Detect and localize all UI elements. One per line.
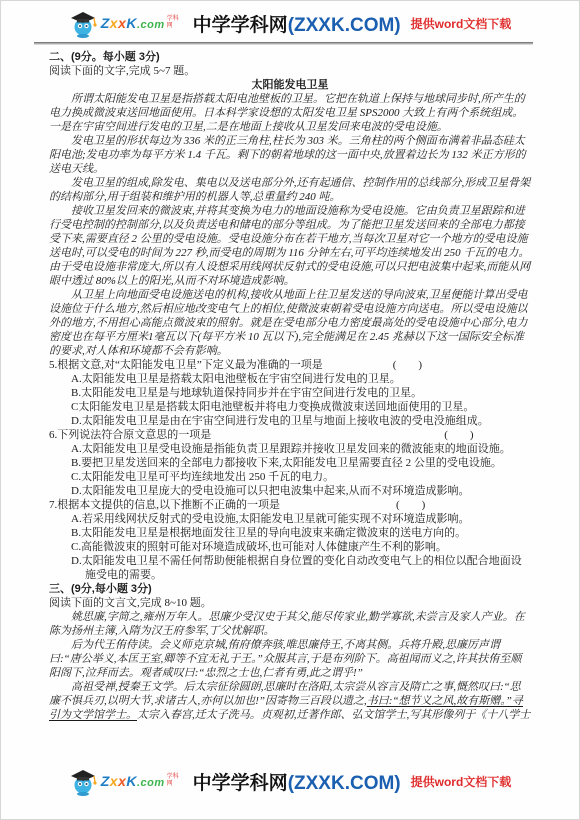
- brand-tagline: 学科网: [167, 774, 183, 787]
- brand-logo-text: ZxxK.com: [101, 773, 165, 789]
- question-5-option-d: D.太阳能发电卫星是由在宇宙空间进行发电的卫星与地面上接收电波的受电没施组成。: [49, 414, 531, 428]
- question-6-stem: 6.下列说法符合原文意思的一项是( ): [49, 428, 531, 442]
- brand-tagline: 学科网: [167, 16, 183, 29]
- classical-paragraph-with-underline: 高祖受禅,授秦王文学。后太宗征徐圆朗,思廉时在洛阳,太宗尝从容言及隋亡之事,慨然…: [49, 680, 531, 722]
- site-url: (ZXXK.COM): [288, 15, 401, 36]
- stem-spacer: [323, 367, 393, 368]
- passage-paragraph: 接收卫星发回来的微波束,并将其变换为电力的地面设施称为受电设施。它由负责卫星跟踪…: [49, 204, 531, 288]
- footer-brand-bar: ZxxK.com 学科网 中学学科网(ZXXK.COM) 提供word文档下载: [1, 759, 579, 796]
- brand-letter: K: [126, 15, 137, 31]
- site-url: (ZXXK.COM): [288, 773, 401, 794]
- answer-bracket: ( ): [393, 359, 422, 371]
- header-brand-bar: ZxxK.com 学科网 中学学科网(ZXXK.COM) 提供word文档下载: [1, 1, 579, 38]
- passage-title: 太阳能发电卫星: [49, 78, 531, 92]
- section-3-heading: 三、(9分,每小题 3分): [49, 582, 531, 596]
- question-7-option-c: C.高能微波束的照射可能对环境造成破坏,也可能对人体健康产生不利的影响。: [49, 540, 531, 554]
- question-6-option-b: B.要把卫星发送回来的全部电力都接收下来,太阳能发电卫星需要直径 2 公里的受电…: [49, 456, 531, 470]
- brand-letter: Z: [101, 773, 110, 789]
- passage-paragraph: 发电卫星的组成,除发电、集电以及送电部分外,还有起通信、控制作用的总线部分,形成…: [49, 176, 531, 204]
- site-title: 中学学科网(ZXXK.COM): [193, 768, 401, 795]
- question-5-stem: 5.根据文意,对“太阳能发电卫星”下定义最为准确的一项是( ): [49, 358, 531, 372]
- document-content: 二、(9分。每小题 3分) 阅读下面的文字,完成 5~7 题。 太阳能发电卫星 …: [1, 45, 579, 722]
- question-5-option-a: A.太阳能发电卫星是搭载太阳电池壁板在宇宙空间进行发电的卫星。: [49, 372, 531, 386]
- passage-paragraph: 发电卫星的形状每边为 336 米的正三角柱,柱长为 303 米。三角柱的两个侧面…: [49, 134, 531, 176]
- question-7: 7.根据本文提供的信息,以下推断不正确的一项是( ) A.若采用线网状反射式的受…: [49, 498, 531, 582]
- brand-letter: Z: [101, 15, 110, 31]
- brand-logo: ZxxK.com 学科网: [69, 766, 183, 796]
- question-6-option-c: C.太阳能发电卫星可平均连续地发出 250 千瓦的电力。: [49, 470, 531, 484]
- passage-paragraph: 从卫星上向地面受电设施送电的机构,接收从地面上往卫星发送的导向波束,卫星便能计算…: [49, 288, 531, 358]
- question-7-option-d: D.太阳能发电卫星不需任何帮助便能根据自身位置的变化自动改变电气上的相位以配合地…: [49, 554, 531, 582]
- question-7-stem: 7.根据本文提供的信息,以下推断不正确的一项是( ): [49, 498, 531, 512]
- section-2-heading: 二、(9分。每小题 3分): [49, 50, 531, 64]
- site-name: 中学学科网: [193, 773, 288, 794]
- site-name: 中学学科网: [193, 15, 288, 36]
- footer: ZxxK.com 学科网 中学学科网(ZXXK.COM) 提供word文档下载: [1, 759, 579, 796]
- brand-letter: .com: [137, 777, 165, 789]
- graduate-mascot-icon: [69, 766, 99, 796]
- classical-paragraph: 姚思廉,字简之,雍州万年人。思廉少受汉史于其父,能尽传家业,勤学寡欲,未尝言及家…: [49, 610, 531, 638]
- question-stem-text: 7.根据本文提供的信息,以下推断不正确的一项是: [49, 499, 280, 511]
- header-download-link[interactable]: 提供word文档下载: [411, 15, 512, 32]
- exam-paper-page: ZxxK.com 学科网 中学学科网(ZXXK.COM) 提供word文档下载 …: [0, 0, 580, 820]
- graduate-mascot-icon: [69, 8, 99, 38]
- question-stem-text: 6.下列说法符合原文意思的一项是: [49, 429, 211, 441]
- question-5: 5.根据文意,对“太阳能发电卫星”下定义最为准确的一项是( ) A.太阳能发电卫…: [49, 358, 531, 428]
- answer-bracket: ( ): [444, 429, 473, 441]
- question-6-option-a: A.太阳能发电卫星受电设施是指能负责卫星跟踪并接收卫星发回来的微波能束的地面设施…: [49, 442, 531, 456]
- classical-text-after: 太宗入春宫,迁太子洗马。贞观初,迁著作郎、弘文馆学士,写其形像列于《十八学士: [137, 709, 530, 721]
- section-3-instruction: 阅读下面的文言文,完成 8~10 题。: [49, 596, 531, 610]
- stem-spacer: [280, 507, 396, 508]
- brand-letter: K: [126, 773, 137, 789]
- question-5-option-c: C太阳能发电卫星是搭载太阳电池壁板并将电力变换成微波束送回地面使用的卫星。: [49, 400, 531, 414]
- question-7-option-a: A.若采用线网状反射式的受电设施,太阳能发电卫星就可能实现不对环境造成影响。: [49, 512, 531, 526]
- passage-paragraph: 所谓太阳能发电卫星是指搭载太阳电池壁板的卫星。它把在轨道上保持与地球同步时,所产…: [49, 92, 531, 134]
- classical-paragraph: 后为代王侑侍读。会义师克京城,侑府僚奔骇,唯思廉侍王,不离其侧。兵将升殿,思廉厉…: [49, 638, 531, 680]
- brand-logo-text: ZxxK.com: [101, 15, 165, 31]
- question-stem-text: 5.根据文意,对“太阳能发电卫星”下定义最为准确的一项是: [49, 359, 323, 371]
- brand-logo: ZxxK.com 学科网: [69, 8, 183, 38]
- question-5-option-b: B.太阳能发电卫星是与地球轨道保持同步并在宇宙空间进行发电的卫星。: [49, 386, 531, 400]
- site-title: 中学学科网(ZXXK.COM): [193, 10, 401, 37]
- section-2-instruction: 阅读下面的文字,完成 5~7 题。: [49, 64, 531, 78]
- brand-letter: x: [110, 15, 118, 31]
- answer-bracket: ( ): [396, 499, 425, 511]
- brand-letter: .com: [137, 19, 165, 31]
- footer-download-link[interactable]: 提供word文档下载: [411, 773, 512, 790]
- stem-spacer: [211, 437, 444, 438]
- brand-letter: x: [110, 773, 118, 789]
- question-6: 6.下列说法符合原文意思的一项是( ) A.太阳能发电卫星受电设施是指能负责卫星…: [49, 428, 531, 498]
- question-6-option-d: D.太阳能发电卫星庞大的受电设施可以只把电波集中起来,从而不对环境造成影响。: [49, 484, 531, 498]
- question-7-option-b: B.太阳能发电卫星是根据地面发往卫星的导向电波束来确定微波束的送电方向的。: [49, 526, 531, 540]
